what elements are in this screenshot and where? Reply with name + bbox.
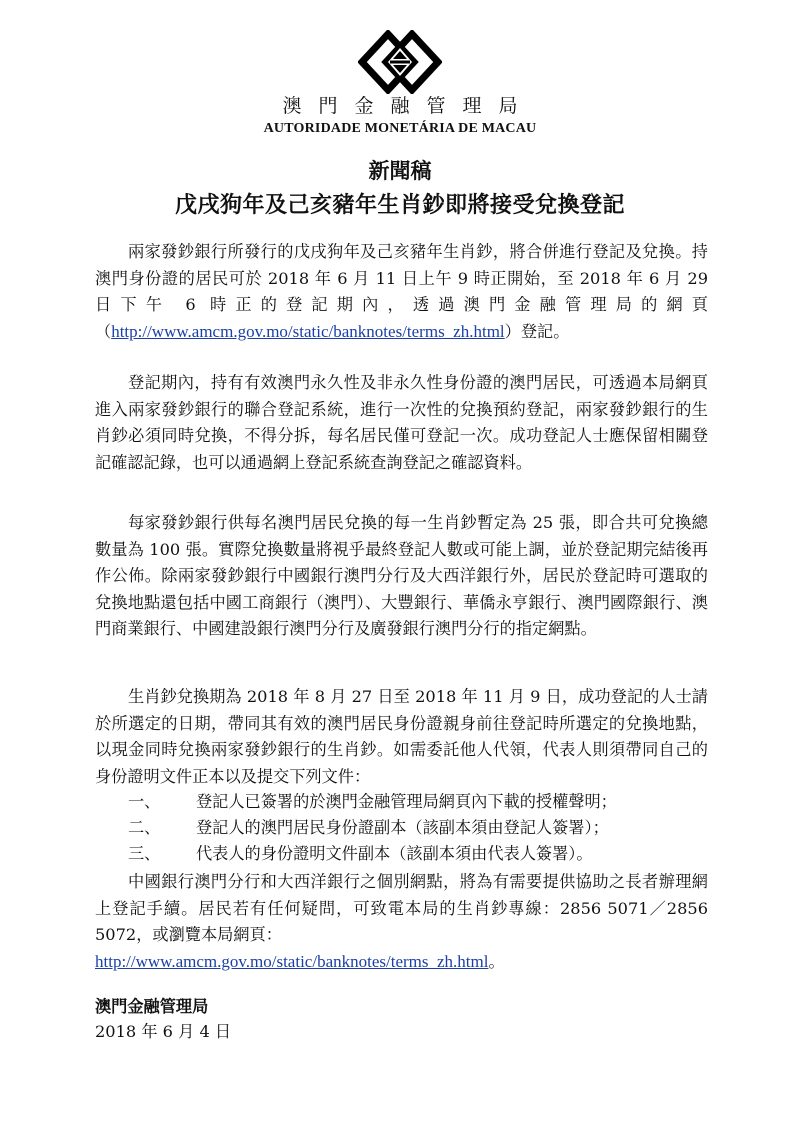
paragraph-text: 。 bbox=[488, 952, 504, 971]
paren-open: （ bbox=[95, 322, 111, 341]
paragraph-registration-rules: 登記期內，持有有效澳門永久性及非永久性身份證的澳門居民，可透過本局網頁進入兩家發… bbox=[95, 370, 708, 476]
signature-date: 2018 年 6 月 4 日 bbox=[95, 1020, 231, 1044]
banknotes-terms-link[interactable]: http://www.amcm.gov.mo/static/banknotes/… bbox=[111, 322, 504, 341]
signature-organization: 澳門金融管理局 bbox=[95, 995, 208, 1019]
list-marker: 二、 bbox=[128, 815, 196, 841]
paragraph-text: ）登記。 bbox=[505, 322, 570, 341]
list-text: 登記人已簽署的於澳門金融管理局網頁內下載的授權聲明； bbox=[196, 792, 617, 811]
list-text: 登記人的澳門居民身份證副本（該副本須由登記人簽署）； bbox=[196, 818, 609, 837]
banknotes-terms-link-2[interactable]: http://www.amcm.gov.mo/static/banknotes/… bbox=[95, 952, 488, 971]
list-marker: 一、 bbox=[128, 789, 196, 815]
paragraph-assistance-hotline: 中國銀行澳門分行和大西洋銀行之個別網點，將為有需要提供協助之長者辦理網上登記手續… bbox=[95, 869, 708, 975]
list-text: 代表人的身份證明文件副本（該副本須由代表人簽署）。 bbox=[196, 844, 593, 863]
press-release-page: 澳門金融管理局 AUTORIDADE MONETÁRIA DE MACAU 新聞… bbox=[0, 0, 800, 1130]
org-name-portuguese: AUTORIDADE MONETÁRIA DE MACAU bbox=[0, 120, 800, 138]
amcm-emblem-icon bbox=[358, 30, 442, 94]
paragraph-registration-period: 兩家發鈔銀行所發行的戊戌狗年及己亥豬年生肖鈔，將合併進行登記及兌換。持澳門身份證… bbox=[95, 239, 708, 345]
list-marker: 三、 bbox=[128, 841, 196, 867]
paragraph-text: 兩家發鈔銀行所發行的戊戌狗年及己亥豬年生肖鈔，將合併進行登記及兌換。持澳門身份證… bbox=[95, 242, 708, 314]
document-type: 新聞稿 bbox=[0, 157, 800, 185]
list-item-id-copy: 二、登記人的澳門居民身份證副本（該副本須由登記人簽署）； bbox=[128, 815, 708, 841]
paragraph-text: 中國銀行澳門分行和大西洋銀行之個別網點，將為有需要提供協助之長者辦理網上登記手續… bbox=[95, 872, 708, 944]
document-title: 戊戌狗年及己亥豬年生肖鈔即將接受兌換登記 bbox=[0, 190, 800, 220]
paragraph-exchange-period: 生肖鈔兌換期為 2018 年 8 月 27 日至 2018 年 11 月 9 日… bbox=[95, 684, 708, 790]
list-item-representative-id: 三、代表人的身份證明文件副本（該副本須由代表人簽署）。 bbox=[128, 841, 708, 867]
list-item-authorization: 一、登記人已簽署的於澳門金融管理局網頁內下載的授權聲明； bbox=[128, 789, 708, 815]
paragraph-exchange-quantity: 每家發鈔銀行供每名澳門居民兌換的每一生肖鈔暫定為 25 張，即合共可兌換總數量為… bbox=[95, 510, 708, 643]
org-name-chinese: 澳門金融管理局 bbox=[0, 94, 800, 118]
